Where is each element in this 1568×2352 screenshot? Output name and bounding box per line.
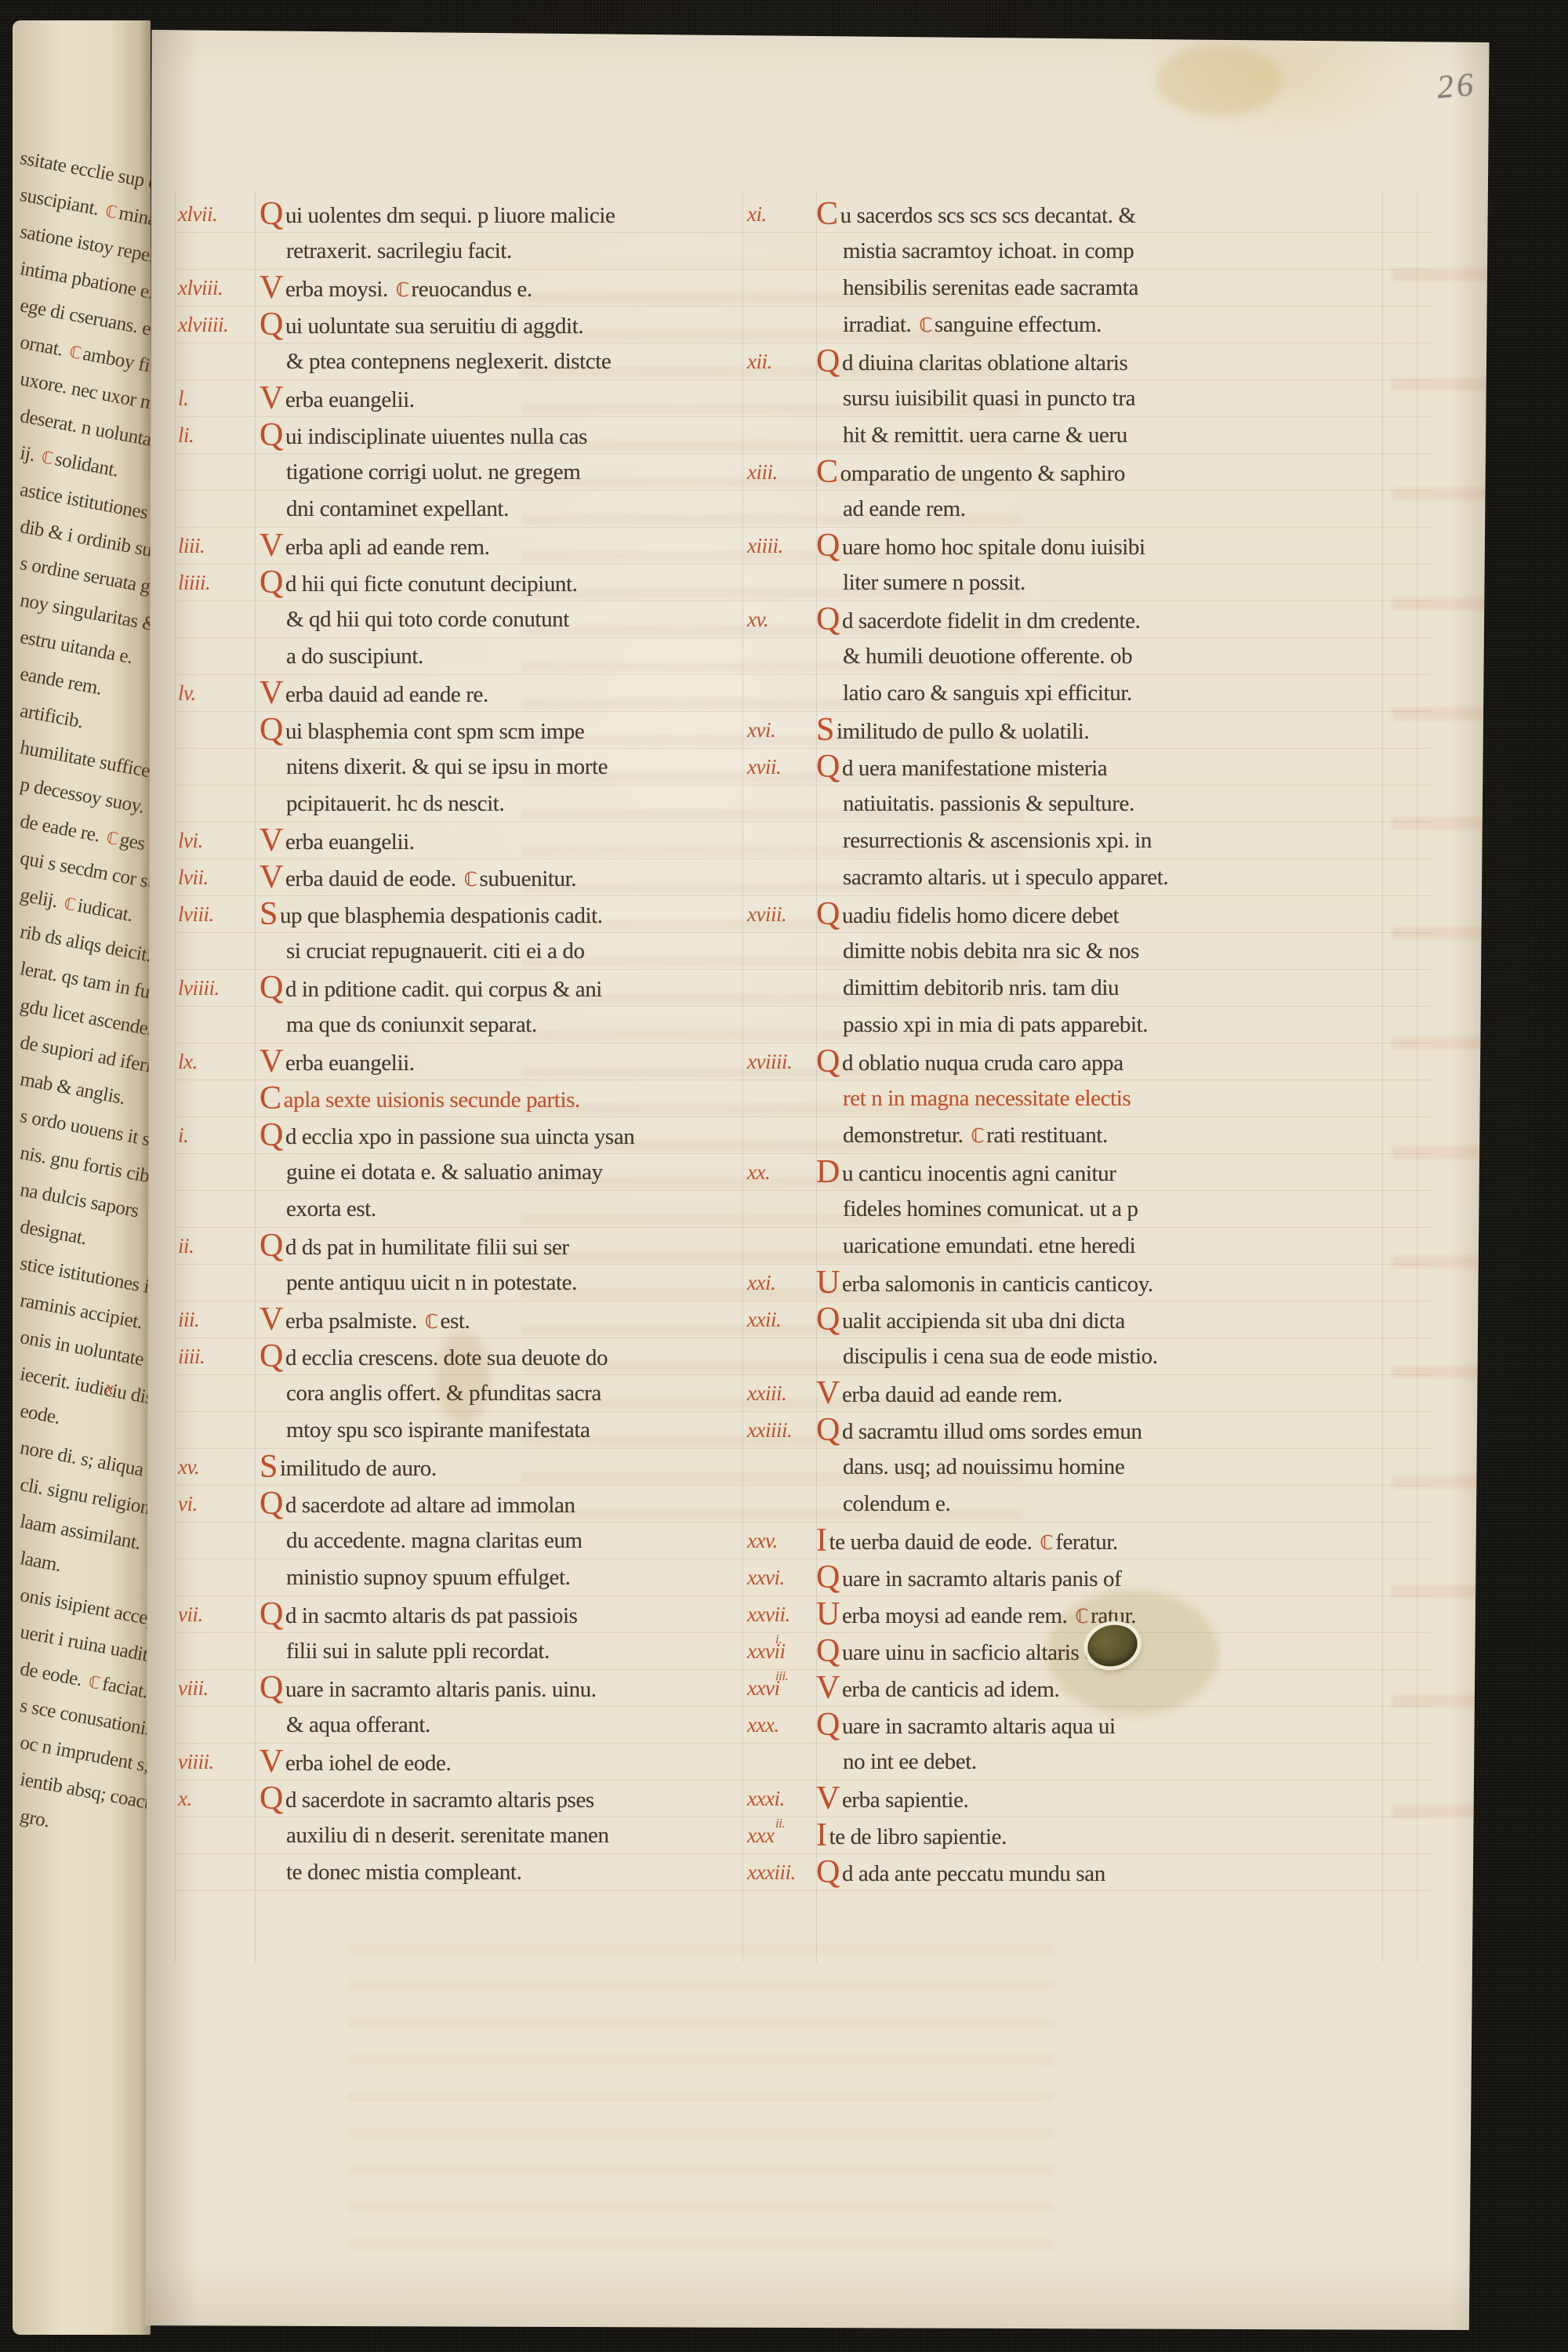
gutter-chapter-numeral bbox=[744, 417, 816, 456]
ruling-line-vertical bbox=[175, 191, 176, 1962]
left-chapter-numeral: iiii. bbox=[176, 1338, 260, 1377]
right-column-line: Verba dauid ad eande rem. bbox=[816, 1375, 1431, 1414]
left-chapter-numeral bbox=[176, 454, 260, 492]
right-column-line: dimitte nobis debita nra sic & nos bbox=[816, 933, 1431, 970]
folio-number-pencil: 26 bbox=[1436, 66, 1478, 107]
left-chapter-numeral: i. bbox=[176, 1117, 260, 1156]
gutter-chapter-numeral bbox=[744, 1191, 816, 1228]
left-column-line: filii sui in salute ppli recordat. bbox=[260, 1633, 744, 1671]
ruled-row: xv.Similitudo de auro.dans. usq; ad noui… bbox=[176, 1449, 1431, 1486]
gutter-chapter-numeral: xvii. bbox=[744, 749, 816, 787]
left-column-line: cora anglis offert. & pfunditas sacra bbox=[260, 1375, 744, 1414]
gutter-chapter-numeral bbox=[744, 1338, 816, 1377]
left-column-line: pcipitauerit. hc ds nescit. bbox=[260, 786, 744, 822]
red-initial: C bbox=[816, 456, 838, 488]
right-column-line: Du canticu inocentis agni canitur bbox=[816, 1154, 1431, 1192]
gutter-chapter-numeral: iii.xxvi bbox=[744, 1670, 816, 1708]
paragraph-mark: ℂ bbox=[67, 343, 82, 364]
left-chapter-numeral bbox=[176, 343, 260, 382]
left-chapter-numeral bbox=[176, 1559, 260, 1598]
left-column-line: & qd hii qui toto corde conutunt bbox=[260, 601, 744, 640]
right-column-line: Qd sacramtu illud oms sordes emun bbox=[816, 1412, 1431, 1450]
left-column-line: du accedente. magna claritas eum bbox=[260, 1523, 744, 1561]
ruled-row: ma que ds coniunxit separat.passio xpi i… bbox=[176, 1007, 1431, 1044]
ruled-row: ii.Qd ds pat in humilitate filii sui ser… bbox=[176, 1228, 1431, 1265]
gutter-chapter-numeral bbox=[744, 1486, 816, 1524]
left-chapter-numeral: iii. bbox=[176, 1301, 260, 1340]
right-column-line: Qd oblatio nuqua cruda caro appa bbox=[816, 1044, 1431, 1082]
red-initial: Q bbox=[816, 750, 840, 783]
right-column-line: Quare in sacramto altaris panis of bbox=[816, 1559, 1431, 1598]
red-initial: Q bbox=[816, 1708, 840, 1741]
red-initial: Q bbox=[816, 603, 840, 636]
ruled-row: viii.Quare in sacramto altaris panis. ui… bbox=[176, 1670, 1431, 1707]
parchment-stain bbox=[1156, 45, 1282, 116]
red-initial: Q bbox=[260, 713, 283, 746]
ruled-row: guine ei dotata e. & saluatio animayxx.D… bbox=[176, 1154, 1431, 1191]
ruled-row: lx.Verba euangelii.xviiii.Qd oblatio nuq… bbox=[176, 1044, 1431, 1080]
gutter-chapter-numeral: xxxiii. bbox=[744, 1854, 816, 1893]
red-initial: V bbox=[816, 1671, 840, 1704]
ruled-row: lv.Verba dauid ad eande re.latio caro & … bbox=[176, 675, 1431, 712]
right-column-line: Uerba salomonis in canticis canticoy. bbox=[816, 1265, 1431, 1303]
red-initial: Q bbox=[816, 345, 840, 378]
right-column-line: & humili deuotione offerente. ob bbox=[816, 638, 1431, 675]
right-column-line: resurrectionis & ascensionis xpi. in bbox=[816, 822, 1431, 861]
red-initial: D bbox=[816, 1156, 840, 1189]
gutter-chapter-numeral bbox=[744, 933, 816, 970]
numeral-superscript: iii. bbox=[775, 1669, 788, 1682]
paragraph-mark: ℂ bbox=[1075, 1605, 1088, 1628]
ruled-row: lviii.Sup que blasphemia despationis cad… bbox=[176, 896, 1431, 933]
gutter-chapter-numeral bbox=[744, 307, 816, 345]
left-column-line: Qui uoluntate sua seruitiu di aggdit. bbox=[260, 307, 744, 345]
paragraph-mark: ℂ bbox=[425, 1310, 438, 1333]
red-initial: Q bbox=[260, 971, 283, 1004]
left-column-line: si cruciat repugnauerit. citi ei a do bbox=[260, 933, 744, 970]
right-column-line: mistia sacramtoy ichoat. in comp bbox=[816, 233, 1431, 270]
paragraph-mark: ℂ bbox=[63, 894, 78, 915]
gutter-chapter-numeral bbox=[744, 1744, 816, 1782]
left-chapter-numeral: lv. bbox=[176, 675, 260, 713]
left-column-line: Qui blasphemia cont spm scm impe bbox=[260, 712, 744, 750]
gutter-chapter-numeral: xiii. bbox=[744, 454, 816, 492]
left-chapter-numeral bbox=[176, 1191, 260, 1228]
right-column-line: natiuitatis. passionis & sepulture. bbox=[816, 786, 1431, 822]
left-chapter-numeral: vi. bbox=[176, 1486, 260, 1524]
left-column-line: Qd sacerdote ad altare ad immolan bbox=[260, 1486, 744, 1524]
right-column-line: hit & remittit. uera carne & ueru bbox=[816, 417, 1431, 456]
gutter-chapter-numeral bbox=[744, 491, 816, 528]
gutter-chapter-numeral bbox=[744, 1117, 816, 1156]
red-initial: V bbox=[260, 1303, 283, 1336]
left-column-line: Verba psalmiste. ℂest. bbox=[260, 1301, 744, 1340]
red-initial: Q bbox=[816, 898, 840, 931]
right-column-line: ad eande rem. bbox=[816, 491, 1431, 528]
right-column-line: Quare homo hoc spitale donu iuisibi bbox=[816, 528, 1431, 566]
right-column-line: liter sumere n possit. bbox=[816, 564, 1431, 603]
right-column-line: uaricatione emundati. etne heredi bbox=[816, 1228, 1431, 1266]
right-column-line: Verba de canticis ad idem. bbox=[816, 1670, 1431, 1708]
left-column-line: Verba euangelii. bbox=[260, 380, 744, 419]
right-column-line: Quare in sacramto altaris aqua ui bbox=[816, 1707, 1431, 1745]
ruled-row: retraxerit. sacrilegiu facit.mistia sacr… bbox=[176, 233, 1431, 270]
gutter-chapter-numeral: xv. bbox=[744, 601, 816, 640]
gutter-chapter-numeral bbox=[744, 1080, 816, 1119]
ruled-row: iiii.Qd ecclia crescens. dote sua deuote… bbox=[176, 1338, 1431, 1375]
ruled-row: lvi.Verba euangelii.resurrectionis & asc… bbox=[176, 822, 1431, 859]
ruled-row: & aqua offerant.xxx.Quare in sacramto al… bbox=[176, 1707, 1431, 1744]
right-column-line: fideles homines comunicat. ut a p bbox=[816, 1191, 1431, 1228]
gutter-chapter-numeral: xxxi. bbox=[744, 1780, 816, 1819]
left-column-line: Similitudo de auro. bbox=[260, 1449, 744, 1487]
paragraph-mark: ℂ bbox=[103, 201, 118, 223]
red-initial: Q bbox=[816, 1856, 840, 1889]
ruled-row: nitens dixerit. & qui se ipsu in mortexv… bbox=[176, 749, 1431, 786]
left-column-line: mtoy spu sco ispirante manifestata bbox=[260, 1412, 744, 1450]
left-column-line: Verba euangelii. bbox=[260, 822, 744, 861]
left-chapter-numeral: lx. bbox=[176, 1044, 260, 1082]
left-column-line: te donec mistia compleant. bbox=[260, 1854, 744, 1893]
paragraph-mark: ℂ bbox=[1040, 1531, 1053, 1554]
left-chapter-numeral: viiii. bbox=[176, 1744, 260, 1782]
red-initial: S bbox=[816, 713, 834, 746]
red-initial: Q bbox=[816, 1561, 840, 1594]
left-chapter-numeral: lvi. bbox=[176, 822, 260, 861]
left-column-line: ministio supnoy spuum effulget. bbox=[260, 1559, 744, 1598]
left-chapter-numeral bbox=[176, 1633, 260, 1671]
ruled-row: xlvii.Qui uolentes dm sequi. p liuore ma… bbox=[176, 196, 1431, 233]
ruled-row: auxiliu di n deserit. serenitate manenii… bbox=[176, 1817, 1431, 1854]
right-column-line: demonstretur. ℂrati restituant. bbox=[816, 1117, 1431, 1156]
left-column-line: exorta est. bbox=[260, 1191, 744, 1228]
right-column-line: Qualit accipienda sit uba dni dicta bbox=[816, 1301, 1431, 1340]
gutter-chapter-numeral bbox=[744, 1007, 816, 1044]
gutter-chapter-numeral bbox=[744, 859, 816, 898]
ruled-row: liiii.Qd hii qui ficte conutunt decipiun… bbox=[176, 564, 1431, 601]
red-initial: Q bbox=[816, 1045, 840, 1078]
left-chapter-numeral: ii. bbox=[176, 1228, 260, 1266]
left-column-line: & aqua offerant. bbox=[260, 1707, 744, 1745]
right-column-line: Cu sacerdos scs scs scs decantat. & bbox=[816, 196, 1431, 234]
red-initial: C bbox=[260, 1082, 281, 1115]
left-chapter-numeral bbox=[176, 1375, 260, 1414]
gutter-chapter-numeral: xxv. bbox=[744, 1523, 816, 1561]
gutter-chapter-numeral: ii.xxx bbox=[744, 1817, 816, 1856]
left-chapter-numeral bbox=[176, 1007, 260, 1044]
red-initial: Q bbox=[816, 1303, 840, 1336]
right-column-line: Comparatio de ungento & saphiro bbox=[816, 454, 1431, 492]
right-column-line: dimittim debitorib nris. tam diu bbox=[816, 970, 1431, 1008]
left-chapter-numeral bbox=[176, 233, 260, 270]
red-initial: Q bbox=[260, 1671, 283, 1704]
red-initial: Q bbox=[260, 1340, 283, 1373]
gutter-chapter-numeral: xi. bbox=[744, 196, 816, 234]
red-initial: C bbox=[816, 198, 838, 230]
right-column-line: latio caro & sanguis xpi efficitur. bbox=[816, 675, 1431, 713]
left-chapter-numeral bbox=[176, 601, 260, 640]
gutter-chapter-numeral: xviiii. bbox=[744, 1044, 816, 1082]
paragraph-mark: ℂ bbox=[87, 1672, 102, 1693]
ruled-row: te donec mistia compleant.xxxiii.Qd ada … bbox=[176, 1854, 1431, 1891]
left-column-line: Qd ecclia crescens. dote sua deuote do bbox=[260, 1338, 744, 1377]
red-initial: Q bbox=[816, 1635, 840, 1668]
left-chapter-numeral: liii. bbox=[176, 528, 260, 566]
right-column-line: Ite uerba dauid de eode. ℂferatur. bbox=[816, 1523, 1431, 1561]
gutter-chapter-numeral: xxvii. bbox=[744, 1596, 816, 1635]
ruled-row: iii.Verba psalmiste. ℂest.xxii.Qualit ac… bbox=[176, 1301, 1431, 1338]
ruled-row: Qui blasphemia cont spm scm impexvi.Simi… bbox=[176, 712, 1431, 749]
right-column-line: Similitudo de pullo & uolatili. bbox=[816, 712, 1431, 750]
gutter-chapter-numeral: xii. bbox=[744, 343, 816, 382]
right-column-line: Verba sapientie. bbox=[816, 1780, 1431, 1819]
left-column-line: Qd ds pat in humilitate filii sui ser bbox=[260, 1228, 744, 1266]
right-column-line: ret n in magna necessitate electis bbox=[816, 1080, 1431, 1119]
left-chapter-numeral: li. bbox=[176, 417, 260, 456]
left-column-line: Verba apli ad eande rem. bbox=[260, 528, 744, 566]
left-chapter-numeral bbox=[176, 786, 260, 822]
left-chapter-numeral bbox=[176, 1412, 260, 1450]
gutter-chapter-numeral bbox=[744, 822, 816, 861]
left-column-line: Qd sacerdote in sacramto altaris pses bbox=[260, 1780, 744, 1819]
left-column-line: Qd ecclia xpo in passione sua uincta ysa… bbox=[260, 1117, 744, 1156]
ruled-row: vi.Qd sacerdote ad altare ad immolancole… bbox=[176, 1486, 1431, 1523]
paragraph-mark: ℂ bbox=[971, 1124, 984, 1147]
numeral-superscript: ii. bbox=[775, 1817, 785, 1830]
red-initial: S bbox=[260, 898, 278, 931]
right-column-line: no int ee debet. bbox=[816, 1744, 1431, 1782]
left-chapter-numeral: viii. bbox=[176, 1670, 260, 1708]
left-chapter-numeral bbox=[176, 1154, 260, 1192]
manuscript-page: 26 xlvii.Qui uolentes dm sequi. p liuore… bbox=[145, 30, 1492, 2330]
left-chapter-numeral: x. bbox=[176, 1780, 260, 1819]
ruled-row: filii sui in salute ppli recordat.i.xxvi… bbox=[176, 1633, 1431, 1670]
right-column-line: Qd sacerdote fidelit in dm credente. bbox=[816, 601, 1431, 640]
right-column-line: Ite de libro sapientie. bbox=[816, 1817, 1431, 1856]
left-chapter-numeral: lviiii. bbox=[176, 970, 260, 1008]
red-initial: Q bbox=[260, 566, 283, 599]
red-initial: I bbox=[816, 1524, 827, 1557]
red-initial: V bbox=[260, 1045, 283, 1078]
left-chapter-numeral: xlviii. bbox=[176, 270, 260, 308]
gutter-chapter-numeral: xx. bbox=[744, 1154, 816, 1192]
red-initial: V bbox=[260, 382, 283, 415]
ruled-row: mtoy spu sco ispirante manifestataxxiiii… bbox=[176, 1412, 1431, 1449]
gutter-chapter-numeral: xxiii. bbox=[744, 1375, 816, 1414]
left-column-line: Verba iohel de eode. bbox=[260, 1744, 744, 1782]
red-initial: Q bbox=[260, 1229, 283, 1262]
ruled-row: pente antiquu uicit n in potestate.xxi.U… bbox=[176, 1265, 1431, 1301]
ruled-row: liii.Verba apli ad eande rem.xiiii.Quare… bbox=[176, 528, 1431, 564]
rubric-line: Capla sexte uisionis secunde partis. bbox=[260, 1080, 744, 1119]
red-initial: V bbox=[260, 1745, 283, 1778]
left-column-line: Quare in sacramto altaris panis. uinu. bbox=[260, 1670, 744, 1708]
ruled-row: l.Verba euangelii.sursu iuisibilit quasi… bbox=[176, 380, 1431, 417]
left-column-line: pente antiquu uicit n in potestate. bbox=[260, 1265, 744, 1303]
red-initial: U bbox=[816, 1598, 840, 1631]
gutter-chapter-numeral bbox=[744, 270, 816, 308]
left-column-line: a do suscipiunt. bbox=[260, 638, 744, 675]
left-column-line: nitens dixerit. & qui se ipsu in morte bbox=[260, 749, 744, 787]
left-chapter-numeral: xlvii. bbox=[176, 196, 260, 234]
ruled-row: du accedente. magna claritas eumxxv.Ite … bbox=[176, 1523, 1431, 1559]
gutter-chapter-numeral: xxx. bbox=[744, 1707, 816, 1745]
left-chapter-numeral: liiii. bbox=[176, 564, 260, 603]
capitula-rows: xlvii.Qui uolentes dm sequi. p liuore ma… bbox=[176, 196, 1431, 1891]
paragraph-mark: ℂ bbox=[396, 278, 409, 301]
right-column-line: Quadiu fidelis homo dicere debet bbox=[816, 896, 1431, 935]
red-initial: V bbox=[260, 271, 283, 304]
red-initial: V bbox=[260, 824, 283, 857]
left-column-line: dni contaminet expellant. bbox=[260, 491, 744, 528]
left-chapter-numeral: vii. bbox=[176, 1596, 260, 1635]
red-initial: Q bbox=[260, 1782, 283, 1815]
left-column-line: Qd in sacmto altaris ds pat passiois bbox=[260, 1596, 744, 1635]
show-through-ghost bbox=[349, 1935, 1054, 2249]
ruled-row: pcipitauerit. hc ds nescit.natiuitatis. … bbox=[176, 786, 1431, 822]
left-chapter-numeral bbox=[176, 749, 260, 787]
left-column-line: Qui uolentes dm sequi. p liuore malicie bbox=[260, 196, 744, 234]
ruled-row: Capla sexte uisionis secunde partis.ret … bbox=[176, 1080, 1431, 1117]
ruled-row: ministio supnoy spuum effulget.xxvi.Quar… bbox=[176, 1559, 1431, 1596]
red-initial: Q bbox=[816, 529, 840, 562]
red-initial: V bbox=[260, 861, 283, 894]
ruled-row: li.Qui indisciplinate uiuentes nulla cas… bbox=[176, 417, 1431, 454]
right-column-line: Qd diuina claritas oblatione altaris bbox=[816, 343, 1431, 382]
left-chapter-numeral bbox=[176, 491, 260, 528]
gutter-chapter-numeral: xxi. bbox=[744, 1265, 816, 1303]
paragraph-mark: ℂ bbox=[919, 314, 932, 336]
left-chapter-numeral: xv. bbox=[176, 1449, 260, 1487]
gutter-chapter-numeral bbox=[744, 1449, 816, 1487]
left-column-line: retraxerit. sacrilegiu facit. bbox=[260, 233, 744, 270]
left-chapter-numeral: lvii. bbox=[176, 859, 260, 898]
gutter-chapter-numeral bbox=[744, 638, 816, 675]
left-chapter-numeral bbox=[176, 1080, 260, 1119]
ruled-row: x.Qd sacerdote in sacramto altaris psesx… bbox=[176, 1780, 1431, 1817]
left-column-line: Qd hii qui ficte conutunt decipiunt. bbox=[260, 564, 744, 603]
right-column-line: dans. usq; ad nouissimu homine bbox=[816, 1449, 1431, 1487]
left-chapter-numeral bbox=[176, 712, 260, 750]
left-column-line: guine ei dotata e. & saluatio animay bbox=[260, 1154, 744, 1192]
gutter-chapter-numeral: xxvi. bbox=[744, 1559, 816, 1598]
ruled-row: & ptea contepnens neglexerit. distctexii… bbox=[176, 343, 1431, 380]
red-initial: Q bbox=[260, 1598, 283, 1631]
ruled-row: cora anglis offert. & pfunditas sacraxxi… bbox=[176, 1375, 1431, 1412]
gutter-chapter-numeral bbox=[744, 970, 816, 1008]
ruled-row: si cruciat repugnauerit. citi ei a dodim… bbox=[176, 933, 1431, 970]
gutter-chapter-numeral bbox=[744, 675, 816, 713]
red-initial: Q bbox=[260, 1487, 283, 1520]
left-column-line: Verba moysi. ℂreuocandus e. bbox=[260, 270, 744, 308]
gutter-chapter-numeral bbox=[744, 564, 816, 603]
red-initial: I bbox=[816, 1819, 827, 1852]
left-chapter-numeral bbox=[176, 638, 260, 675]
paragraph-mark: ℂ bbox=[40, 448, 55, 469]
ruled-row: a do suscipiunt.& humili deuotione offer… bbox=[176, 638, 1431, 675]
ruled-row: viiii.Verba iohel de eode.no int ee debe… bbox=[176, 1744, 1431, 1780]
red-initial: Q bbox=[260, 1119, 283, 1152]
right-column-line: discipulis i cena sua de eode mistio. bbox=[816, 1338, 1431, 1377]
ruled-row: i.Qd ecclia xpo in passione sua uincta y… bbox=[176, 1117, 1431, 1154]
right-column-line: irradiat. ℂsanguine effectum. bbox=[816, 307, 1431, 345]
red-initial: V bbox=[260, 529, 283, 562]
ruled-row: xlviii.Verba moysi. ℂreuocandus e.hensib… bbox=[176, 270, 1431, 307]
left-column-line: & ptea contepnens neglexerit. distcte bbox=[260, 343, 744, 382]
gutter-chapter-numeral: xvi. bbox=[744, 712, 816, 750]
left-chapter-numeral bbox=[176, 1265, 260, 1303]
red-initial: S bbox=[260, 1450, 278, 1483]
left-chapter-numeral: xlviiii. bbox=[176, 307, 260, 345]
left-chapter-numeral: l. bbox=[176, 380, 260, 419]
red-initial: Q bbox=[260, 198, 283, 230]
ruled-row: lviiii.Qd in pditione cadit. qui corpus … bbox=[176, 970, 1431, 1007]
gutter-chapter-numeral bbox=[744, 786, 816, 822]
left-column-line: ma que ds coniunxit separat. bbox=[260, 1007, 744, 1044]
right-column-line: Qd uera manifestatione misteria bbox=[816, 749, 1431, 787]
red-initial: V bbox=[816, 1377, 840, 1410]
ruled-row: vii.Qd in sacmto altaris ds pat passiois… bbox=[176, 1596, 1431, 1633]
right-column-line: passio xpi in mia di pats apparebit. bbox=[816, 1007, 1431, 1044]
gutter-chapter-numeral: i.xxvii bbox=[744, 1633, 816, 1671]
gutter-chapter-numeral bbox=[744, 1228, 816, 1266]
right-column-line: Qd ada ante peccatu mundu san bbox=[816, 1854, 1431, 1893]
left-chapter-numeral bbox=[176, 1523, 260, 1561]
paragraph-mark: ℂ bbox=[464, 868, 477, 891]
left-column-line: Qd in pditione cadit. qui corpus & ani bbox=[260, 970, 744, 1008]
gutter-chapter-numeral bbox=[744, 233, 816, 270]
ruled-row: tigatione corrigi uolut. ne gregemxiii.C… bbox=[176, 454, 1431, 491]
paragraph-mark: ℂ bbox=[105, 828, 120, 849]
previous-folio-text: ssitate ecclie sup extensuscipiant. ℂmin… bbox=[13, 138, 151, 1833]
left-column-line: Sup que blasphemia despationis cadit. bbox=[260, 896, 744, 935]
left-chapter-numeral bbox=[176, 933, 260, 970]
left-column-line: Verba dauid de eode. ℂsubuenitur. bbox=[260, 859, 744, 898]
red-initial: Q bbox=[816, 1414, 840, 1446]
right-column-line: hensibilis serenitas eade sacramta bbox=[816, 270, 1431, 308]
red-initial: Q bbox=[260, 419, 283, 452]
left-column-line: Verba euangelii. bbox=[260, 1044, 744, 1082]
ruled-row: xlviiii.Qui uoluntate sua seruitiu di ag… bbox=[176, 307, 1431, 343]
red-initial: Q bbox=[260, 308, 283, 341]
ruled-row: lvii.Verba dauid de eode. ℂsubuenitur.sa… bbox=[176, 859, 1431, 896]
red-initial: V bbox=[260, 677, 283, 710]
left-column-line: Qui indisciplinate uiuentes nulla cas bbox=[260, 417, 744, 456]
red-initial: U bbox=[816, 1266, 840, 1299]
gutter-chapter-numeral: xviii. bbox=[744, 896, 816, 935]
previous-folio-edge: ssitate ecclie sup extensuscipiant. ℂmin… bbox=[13, 20, 151, 2335]
gutter-chapter-numeral bbox=[744, 380, 816, 419]
ruled-row: dni contaminet expellant.ad eande rem. bbox=[176, 491, 1431, 528]
gutter-chapter-numeral: xxiiii. bbox=[744, 1412, 816, 1450]
left-column-line: tigatione corrigi uolut. ne gregem bbox=[260, 454, 744, 492]
ruled-row: & qd hii qui toto corde conutuntxv.Qd sa… bbox=[176, 601, 1431, 638]
left-column-line: Verba dauid ad eande re. bbox=[260, 675, 744, 713]
gutter-chapter-numeral: xiiii. bbox=[744, 528, 816, 566]
right-column-line: colendum e. bbox=[816, 1486, 1431, 1524]
right-column-line: sursu iuisibilit quasi in puncto tra bbox=[816, 380, 1431, 419]
red-initial: V bbox=[816, 1782, 840, 1815]
left-chapter-numeral bbox=[176, 1854, 260, 1893]
gutter-chapter-numeral: xxii. bbox=[744, 1301, 816, 1340]
left-chapter-numeral bbox=[176, 1817, 260, 1856]
left-column-line: auxiliu di n deserit. serenitate manen bbox=[260, 1817, 744, 1856]
numeral-superscript: i. bbox=[775, 1632, 782, 1646]
left-chapter-numeral: lviii. bbox=[176, 896, 260, 935]
left-chapter-numeral bbox=[176, 1707, 260, 1745]
right-column-line: sacramto altaris. ut i speculo apparet. bbox=[816, 859, 1431, 898]
ruled-row: exorta est.fideles homines comunicat. ut… bbox=[176, 1191, 1431, 1228]
